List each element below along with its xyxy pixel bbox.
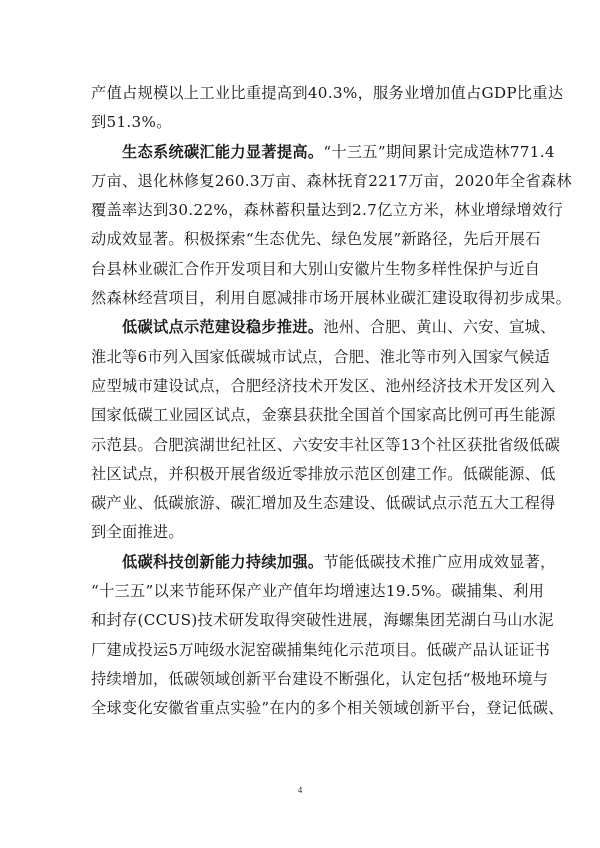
line-text: 全球变化安徽省重点实验”在内的多个相关领域创新平台，登记低碳、 [91, 699, 564, 717]
page-number: 4 [0, 785, 600, 795]
text-line: 动成效显著。积极探索“生态优先、绿色发展”新路径，先后开展石 [91, 225, 509, 254]
line-text: 池州、合肥、黄山、六安、宣城、 [323, 318, 555, 336]
line-text: 社区试点，并积极开展省级近零排放示范区创建工作。低碳能源、低 [91, 465, 556, 483]
line-text: 到51.3%。 [91, 113, 172, 131]
line-text: 厂建成投运5万吨级水泥窑碳捕集纯化示范项目。低碳产品认证证书 [91, 641, 550, 659]
text-line: 到51.3%。 [91, 108, 509, 137]
document-page: 产值占规模以上工业比重提高到40.3%，服务业增加值占GDP比重达 到51.3%… [0, 0, 600, 848]
text-line: 持续增加，低碳领域创新平台建设不断强化，认定包括“极地环境与 [91, 665, 509, 694]
text-line: 产值占规模以上工业比重提高到40.3%，服务业增加值占GDP比重达 [91, 79, 509, 108]
text-line: 国家低碳工业园区试点，金寨县获批全国首个国家高比例可再生能源 [91, 401, 509, 430]
line-text: 国家低碳工业园区试点，金寨县获批全国首个国家高比例可再生能源 [91, 406, 556, 424]
paragraph-lead: 低碳科技创新能力持续加强。 [122, 553, 323, 571]
paragraph-lead: 生态系统碳汇能力显著提高。 [122, 143, 323, 161]
line-text: 碳产业、低碳旅游、碳汇增加及生态建设、低碳试点示范五大工程得 [91, 494, 556, 512]
line-text: 万亩、退化林修复260.3万亩、森林抚育2217万亩，2020年全省森林 [91, 172, 572, 190]
line-text: 然森林经营项目，利用自愿减排市场开展林业碳汇建设取得初步成果。 [91, 289, 571, 307]
line-text: “十三五”期间累计完成造林771.4 [323, 143, 554, 161]
paragraph-lead: 低碳试点示范建设稳步推进。 [122, 318, 323, 336]
text-line: 碳产业、低碳旅游、碳汇增加及生态建设、低碳试点示范五大工程得 [91, 489, 509, 518]
text-line: 台县林业碳汇合作开发项目和大别山安徽片生物多样性保护与近自 [91, 255, 509, 284]
line-text: 示范县。合肥滨湖世纪社区、六安安丰社区等13个社区获批省级低碳 [91, 436, 560, 454]
text-line: 覆盖率达到30.22%，森林蓄积量达到2.7亿立方米，林业增绿增效行 [91, 196, 509, 225]
line-text: 持续增加，低碳领域创新平台建设不断强化，认定包括“极地环境与 [91, 670, 548, 688]
line-text: 淮北等6市列入国家低碳城市试点，合肥、淮北等市列入国家气候适 [91, 348, 550, 366]
line-text: 台县林业碳汇合作开发项目和大别山安徽片生物多样性保护与近自 [91, 260, 540, 278]
text-line: 厂建成投运5万吨级水泥窑碳捕集纯化示范项目。低碳产品认证证书 [91, 636, 509, 665]
text-line: 示范县。合肥滨湖世纪社区、六安安丰社区等13个社区获批省级低碳 [91, 431, 509, 460]
line-text: 动成效显著。积极探索“生态优先、绿色发展”新路径，先后开展石 [91, 230, 541, 248]
line-text: 产值占规模以上工业比重提高到40.3%，服务业增加值占GDP比重达 [91, 84, 563, 102]
text-line: “十三五”以来节能环保产业产值年均增速达19.5%。碳捕集、利用 [91, 577, 509, 606]
line-text: 和封存(CCUS)技术研发取得突破性进展，海螺集团芜湖白马山水泥 [91, 611, 554, 629]
body-text: 产值占规模以上工业比重提高到40.3%，服务业增加值占GDP比重达 到51.3%… [91, 79, 509, 724]
paragraph-heading-line: 低碳科技创新能力持续加强。节能低碳技术推广应用成效显著， [91, 548, 509, 577]
line-text: 到全面推进。 [91, 523, 184, 541]
text-line: 到全面推进。 [91, 518, 509, 547]
text-line: 全球变化安徽省重点实验”在内的多个相关领域创新平台，登记低碳、 [91, 694, 509, 723]
text-line: 万亩、退化林修复260.3万亩、森林抚育2217万亩，2020年全省森林 [91, 167, 509, 196]
text-line: 淮北等6市列入国家低碳城市试点，合肥、淮北等市列入国家气候适 [91, 343, 509, 372]
text-line: 应型城市建设试点，合肥经济技术开发区、池州经济技术开发区列入 [91, 372, 509, 401]
paragraph-heading-line: 低碳试点示范建设稳步推进。池州、合肥、黄山、六安、宣城、 [91, 313, 509, 342]
text-line: 然森林经营项目，利用自愿减排市场开展林业碳汇建设取得初步成果。 [91, 284, 509, 313]
line-text: 应型城市建设试点，合肥经济技术开发区、池州经济技术开发区列入 [91, 377, 556, 395]
text-line: 和封存(CCUS)技术研发取得突破性进展，海螺集团芜湖白马山水泥 [91, 606, 509, 635]
paragraph-heading-line: 生态系统碳汇能力显著提高。“十三五”期间累计完成造林771.4 [91, 138, 509, 167]
line-text: “十三五”以来节能环保产业产值年均增速达19.5%。碳捕集、利用 [91, 582, 544, 600]
line-text: 覆盖率达到30.22%，森林蓄积量达到2.7亿立方米，林业增绿增效行 [91, 201, 563, 219]
text-line: 社区试点，并积极开展省级近零排放示范区创建工作。低碳能源、低 [91, 460, 509, 489]
line-text: 节能低碳技术推广应用成效显著， [323, 553, 555, 571]
